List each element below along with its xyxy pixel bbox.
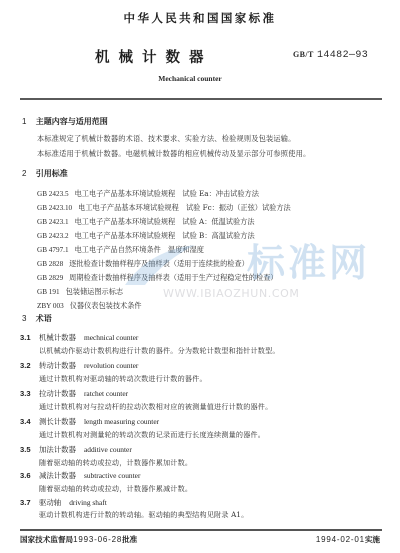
reference-code: GB 2423.1 [37, 218, 69, 226]
reference-code: GB 2829 [37, 274, 63, 282]
term-name-zh: 机械计数器 [39, 333, 76, 342]
term-number: 3.4 [20, 417, 39, 426]
term-name-zh: 减法计数器 [39, 471, 76, 480]
reference-code: GB 2423.10 [37, 204, 72, 212]
term-heading: 3.6减法计数器subtractive counter [20, 470, 140, 481]
approving-authority: 国家技术监督局 [20, 535, 73, 544]
reference-title: 仪器仪表包装技术条件 [70, 301, 142, 310]
reference-code: GB 2423.2 [37, 232, 69, 240]
reference-title: 电工电子产品基本环境试验规程 试验 B：高温试验方法 [75, 231, 255, 240]
reference-title: 电工电子产品基本环境试验规程 试验 Ea：冲击试验方法 [75, 189, 259, 198]
reference-title: 包装储运图示标志 [66, 287, 124, 296]
term-heading: 3.5加法计数器additive counter [20, 444, 132, 455]
term-heading: 3.3拉动计数器ratchet counter [20, 388, 128, 399]
term-name-zh: 驱动轴 [39, 498, 61, 507]
reference-code: GB 2423.5 [37, 190, 69, 198]
reference-item: GB 191包装储运图示标志 [37, 287, 123, 297]
paragraph: 本标准适用于机械计数器。电磁机械计数器的相应机械传动及显示部分可参照使用。 [37, 149, 310, 159]
term-name-zh: 加法计数器 [39, 445, 76, 454]
term-heading: 3.7驱动轴driving shaft [20, 497, 107, 508]
document-title: 机械计数器 [95, 46, 213, 67]
term-definition: 通过计数机构对与拉动杆的拉动次数相对应的被测量值进行计数的器件。 [39, 402, 272, 412]
term-name-en: additive counter [84, 445, 132, 454]
reference-item: GB 2423.5电工电子产品基本环境试验规程 试验 Ea：冲击试验方法 [37, 189, 259, 199]
watermark-swoosh-icon [120, 240, 200, 290]
reference-title: 电工电子产品基本环境试验规程 试验 Fc：振动（正弦）试验方法 [78, 203, 291, 212]
term-definition: 随着驱动轴的转动或拉动，计数器作累加计数。 [39, 458, 192, 468]
term-heading: 3.2转动计数器revolution counter [20, 360, 138, 371]
section-title: 引用标准 [36, 169, 68, 178]
term-number: 3.5 [20, 445, 39, 454]
standard-code-number: 14482—93 [317, 50, 368, 61]
term-name-zh: 拉动计数器 [39, 389, 76, 398]
reference-code: GB 191 [37, 288, 60, 296]
reference-title: 电工电子产品基本环境试验规程 试验 A：低温试验方法 [75, 217, 255, 226]
reference-code: GB 4797.1 [37, 246, 69, 254]
term-number: 3.7 [20, 498, 39, 507]
term-number: 3.1 [20, 333, 39, 342]
header-divider [20, 98, 382, 100]
section-number: 3 [22, 314, 33, 323]
term-name-en: driving shaft [69, 498, 107, 507]
term-name-en: ratchet counter [84, 389, 128, 398]
section-title: 主题内容与适用范围 [36, 117, 108, 126]
approval-label: 批准 [122, 535, 137, 544]
term-definition: 通过计数机构对测量轮的转动次数的记录而进行长度连续测量的器件。 [39, 430, 265, 440]
section-heading-3: 3 术语 [22, 313, 52, 324]
watermark-url: WWW.IBIAOZHUN.COM [163, 287, 300, 300]
term-definition: 通过计数机构对驱动轴的转动次数进行计数的器件。 [39, 374, 207, 384]
standard-document-page: 中华人民共和国国家标准 机械计数器 GB/T 14482—93 Mechanic… [0, 0, 400, 553]
implementation-date: 1994-02-01 [316, 535, 365, 544]
standard-code: GB/T 14482—93 [293, 50, 368, 61]
document-title-english: Mechanical counter [0, 74, 400, 83]
standard-body-heading: 中华人民共和国国家标准 [0, 10, 400, 26]
reference-item: GB 2423.10电工电子产品基本环境试验规程 试验 Fc：振动（正弦）试验方… [37, 203, 291, 213]
section-title: 术语 [36, 314, 52, 323]
reference-item: ZBY 003仪器仪表包装技术条件 [37, 301, 142, 311]
implementation-label: 实施 [365, 535, 380, 544]
approval-date: 1993-06-28 [73, 535, 122, 544]
term-definition: 以机械动作驱动计数机构进行计数的器件。分为数轮计数型和指针计数型。 [39, 346, 280, 356]
term-name-en: mechnical counter [84, 333, 138, 342]
implementation-info: 1994-02-01实施 [316, 534, 380, 545]
standard-code-prefix: GB/T [293, 50, 314, 59]
term-number: 3.2 [20, 361, 39, 370]
paragraph: 本标准规定了机械计数器的术语、技术要求、实验方法、检验规则及包装运输。 [37, 134, 296, 144]
section-heading-2: 2 引用标准 [22, 168, 68, 179]
footer-divider [20, 529, 382, 531]
term-name-en: subtractive counter [84, 471, 140, 480]
section-heading-1: 1 主题内容与适用范围 [22, 116, 108, 127]
term-number: 3.6 [20, 471, 39, 480]
section-number: 1 [22, 117, 33, 126]
term-name-en: revolution counter [84, 361, 138, 370]
reference-item: GB 2423.1电工电子产品基本环境试验规程 试验 A：低温试验方法 [37, 217, 255, 227]
term-heading: 3.1机械计数器mechnical counter [20, 332, 138, 343]
reference-code: GB 2828 [37, 260, 63, 268]
approval-info: 国家技术监督局1993-06-28批准 [20, 534, 137, 545]
term-name-zh: 测长计数器 [39, 417, 76, 426]
term-heading: 3.4测长计数器length measuring counter [20, 416, 159, 427]
reference-code: ZBY 003 [37, 302, 64, 310]
term-name-zh: 转动计数器 [39, 361, 76, 370]
term-name-en: length measuring counter [84, 417, 159, 426]
term-definition: 随着驱动轴的转动或拉动，计数器作累减计数。 [39, 484, 192, 494]
section-number: 2 [22, 169, 33, 178]
term-number: 3.3 [20, 389, 39, 398]
term-definition: 驱动计数机构进行计数的转动轴。驱动轴的典型结构见附录 A1。 [39, 510, 248, 520]
